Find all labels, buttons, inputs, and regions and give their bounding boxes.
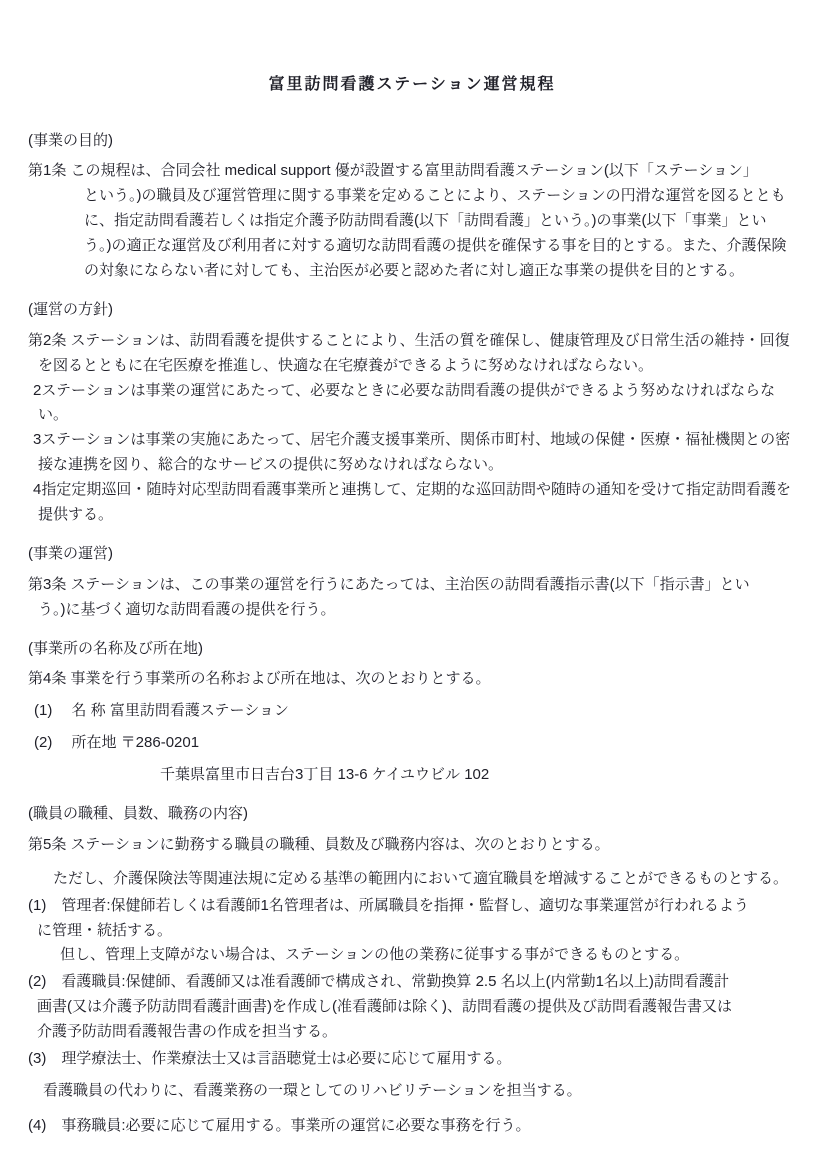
paragraph: ただし、介護保険法等関連法規に定める基準の範囲内において適宜職員を増減することが… xyxy=(53,867,796,892)
paragraph: (3) 理学療法士、作業療法士又は言語聴覚士は必要に応じて雇用する。 xyxy=(28,1047,796,1072)
section-label: (職員の職種、員数、職務の内容) xyxy=(28,802,796,827)
section-label: (運営の方針) xyxy=(28,298,796,323)
paragraph: 第3条 ステーションは、この事業の運営を行うにあたっては、主治医の訪問看護指示書… xyxy=(28,573,796,623)
document-page: 富里訪問看護ステーション運営規程 (事業の目的)第1条 この規程は、合同会社 m… xyxy=(0,0,826,1174)
paragraph: 2ステーションは事業の運営にあたって、必要なときに必要な訪問看護の提供ができるよ… xyxy=(28,379,796,429)
paragraph: 第5条 ステーションに勤務する職員の職種、員数及び職務内容は、次のとおりとする。 xyxy=(28,833,796,858)
document-title: 富里訪問看護ステーション運営規程 xyxy=(28,72,796,99)
document-body: (事業の目的)第1条 この規程は、合同会社 medical support 優が… xyxy=(28,129,796,1139)
paragraph: 4指定定期巡回・随時対応型訪問看護事業所と連携して、定期的な巡回訪問や随時の通知… xyxy=(28,478,796,528)
paragraph: (2) 所在地 〒286-0201 xyxy=(34,731,796,756)
paragraph: 第2条 ステーションは、訪問看護を提供することにより、生活の質を確保し、健康管理… xyxy=(28,329,796,379)
paragraph: 第1条 この規程は、合同会社 medical support 優が設置する富里訪… xyxy=(28,159,796,283)
paragraph: (1) 管理者:保健師若しくは看護師1名管理者は、所属職員を指揮・監督し、適切な… xyxy=(28,894,796,944)
paragraph: 3ステーションは事業の実施にあたって、居宅介護支援事業所、関係市町村、地域の保健… xyxy=(28,428,796,478)
paragraph: (4) 事務職員:必要に応じて雇用する。事業所の運営に必要な事務を行う。 xyxy=(28,1114,796,1139)
paragraph: 千葉県富里市日吉台3丁目 13-6 ケイユウビル 102 xyxy=(160,763,796,788)
paragraph: (1) 名 称 富里訪問看護ステーション xyxy=(34,699,796,724)
section-label: (事業の運営) xyxy=(28,542,796,567)
section-label: (事業所の名称及び所在地) xyxy=(28,637,796,662)
paragraph: 看護職員の代わりに、看護業務の一環としてのリハビリテーションを担当する。 xyxy=(43,1079,796,1104)
section-label: (事業の目的) xyxy=(28,129,796,154)
paragraph: 第4条 事業を行う事業所の名称および所在地は、次のとおりとする。 xyxy=(28,667,796,692)
paragraph: 但し、管理上支障がない場合は、ステーションの他の業務に従事する事ができるものとす… xyxy=(60,943,796,968)
paragraph: (2) 看護職員:保健師、看護師又は准看護師で構成され、常勤換算 2.5 名以上… xyxy=(28,970,796,1045)
